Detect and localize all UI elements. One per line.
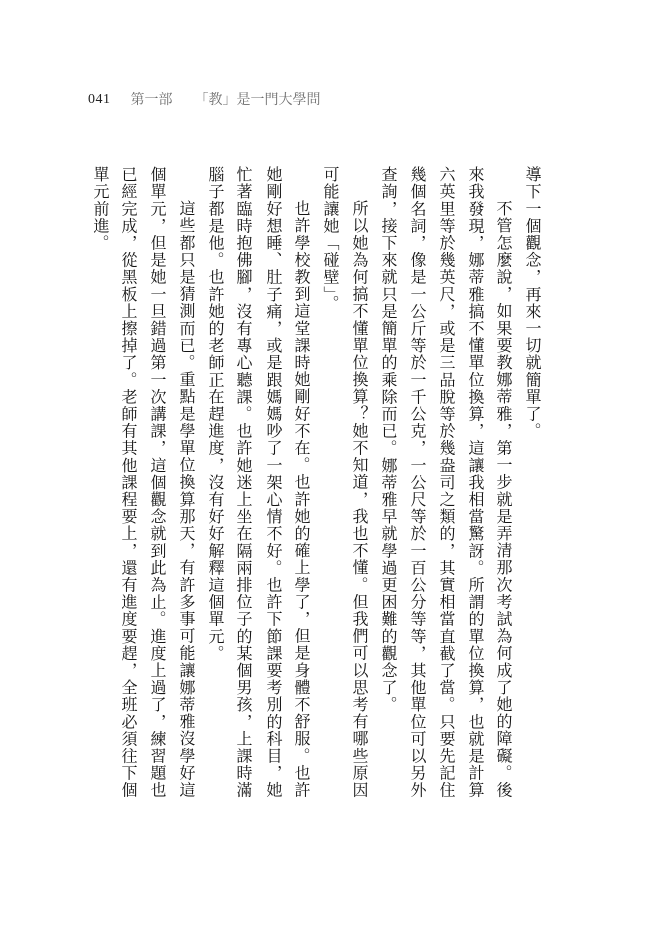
text-column-7: 所以她為何搞不懂單位換算？她不知道，我也不懂。但我們可以思考有哪些原因 [349,166,369,860]
text-column-16: 單元前進。 [90,166,110,826]
text-column-2: 不管怎麼說，如果要教娜蒂雅，第一步就是弄清那次考試為何成了她的障礙。後 [493,166,513,860]
text-column-9: 也許學校教到這堂課時她剛好不在。也許她的確上學了，但是身體不舒服。也許 [291,166,311,860]
text-column-1: 導下一個觀念，再來一切就簡單了。 [522,166,542,826]
text-column-6: 查詢，接下來就只是簡單的乘除而已。娜蒂雅早就學過更困難的觀念了。 [378,166,398,826]
body-text: 導下一個觀念，再來一切就簡單了。 不管怎麼說，如果要教娜蒂雅，第一步就是弄清那次… [0,0,663,932]
text-column-13: 這些都只是猜測而已。重點是學單位換算那天，有許多事可能讓娜蒂雅沒學好這 [176,166,196,860]
book-page: 041 第一部 「教」是一門大學問 導下一個觀念，再來一切就簡單了。 不管怎麼說… [0,0,663,932]
text-column-12: 腦子都是他。也許她的老師正在趕進度，沒有好好解釋這個單元。 [205,166,225,826]
text-column-15: 已經完成，從黑板上擦掉了。老師有其他課程要上，還有進度要趕，全班必須往下個 [118,166,138,826]
text-column-14: 個單元，但是她一旦錯過第一次講課，這個觀念就到此為止。進度上過了，練習題也 [147,166,167,826]
text-column-8: 可能讓她「碰壁」。 [320,166,340,826]
text-column-5: 幾個名詞，像是一公斤等於一千公克，一公尺等於一百公分等等，其他單位可以另外 [407,166,427,826]
text-column-10: 她剛好想睡、肚子痛，或是跟媽媽吵了一架心情不好。也許下節課要考別的科目，她 [263,166,283,826]
text-column-3: 來我發現，娜蒂雅搞不懂單位換算，這讓我相當驚訝。所謂的單位換算，也就是計算 [465,166,485,826]
text-column-11: 忙著臨時抱佛腳，沒有專心聽課。也許她迷上坐在隔兩排位子的某個男孩，上課時滿 [233,166,253,826]
text-column-4: 六英里等於幾英尺，或是三品脫等於幾盎司之類的，其實相當直截了當。只要先記住 [436,166,456,826]
